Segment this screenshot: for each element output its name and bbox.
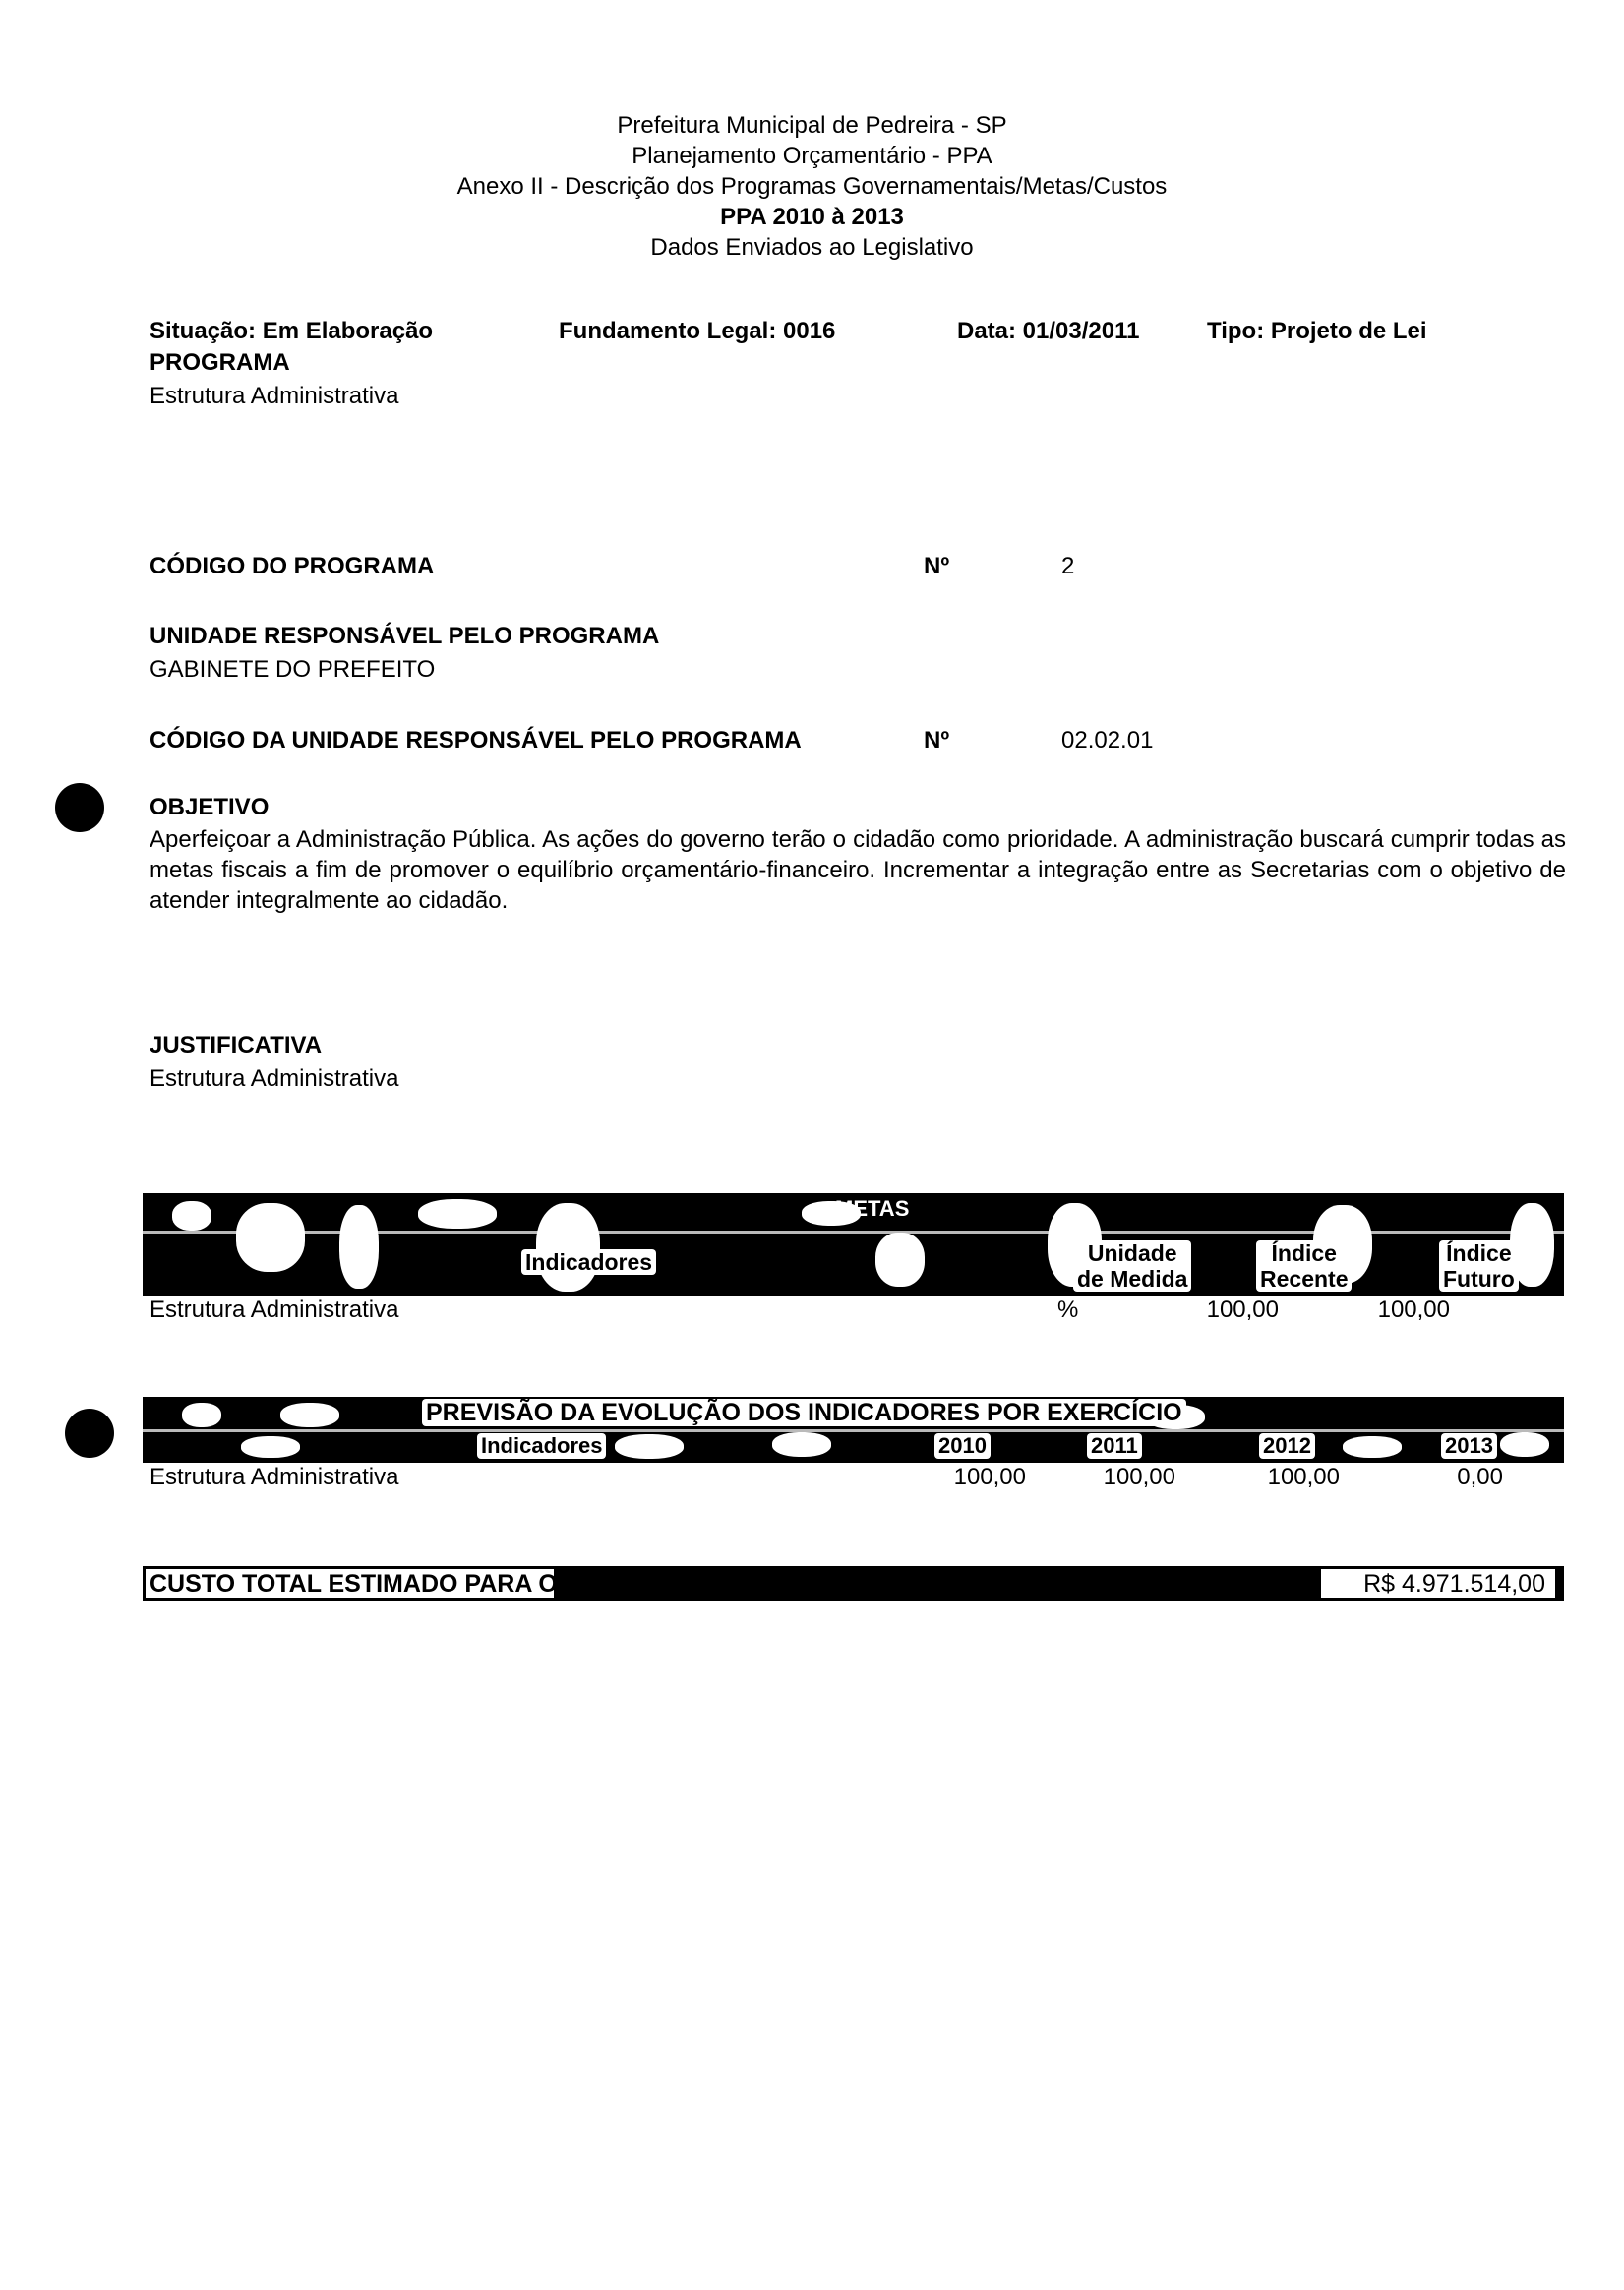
previsao-row-2010: 100,00 <box>928 1464 1026 1491</box>
metas-col-indicadores: Indicadores <box>521 1249 656 1275</box>
metas-col-unidade: Unidade de Medida <box>1073 1240 1191 1292</box>
previsao-row-2012: 100,00 <box>1241 1464 1340 1491</box>
codigo-programa-no: Nº <box>924 552 949 581</box>
previsao-col-2012: 2012 <box>1259 1433 1315 1459</box>
previsao-row-2011: 100,00 <box>1077 1464 1175 1491</box>
metas-row-indice-futuro: 100,00 <box>1352 1296 1450 1324</box>
header-subtitle: Dados Enviados ao Legislativo <box>0 232 1624 263</box>
punch-hole-marker <box>55 783 104 832</box>
header-municipality: Prefeitura Municipal de Pedreira - SP <box>0 110 1624 141</box>
codigo-unidade-label: CÓDIGO DA UNIDADE RESPONSÁVEL PELO PROGR… <box>150 726 802 755</box>
custo-total-value: R$ 4.971.514,00 <box>1359 1569 1549 1598</box>
codigo-unidade-no: Nº <box>924 726 949 755</box>
document-header: Prefeitura Municipal de Pedreira - SP Pl… <box>0 110 1624 263</box>
fundamento-legal: Fundamento Legal: 0016 <box>559 317 835 346</box>
justificativa-value: Estrutura Administrativa <box>150 1064 398 1094</box>
previsao-col-2013: 2013 <box>1441 1433 1497 1459</box>
unidade-value: GABINETE DO PREFEITO <box>150 655 435 685</box>
previsao-header-bar: PREVISÃO DA EVOLUÇÃO DOS INDICADORES POR… <box>143 1397 1564 1463</box>
metas-col-indice-futuro: Índice Futuro <box>1439 1240 1519 1292</box>
justificativa-label: JUSTIFICATIVA <box>150 1031 322 1060</box>
header-annex: Anexo II - Descrição dos Programas Gover… <box>0 171 1624 202</box>
previsao-row-2013: 0,00 <box>1405 1464 1503 1491</box>
situacao: Situação: Em Elaboração <box>150 317 433 346</box>
custo-total-bar: CUSTO TOTAL ESTIMADO PARA O PROGRAMA R$ … <box>143 1566 1564 1601</box>
header-planning: Planejamento Orçamentário - PPA <box>0 141 1624 171</box>
codigo-programa-label: CÓDIGO DO PROGRAMA <box>150 552 434 581</box>
objetivo-label: OBJETIVO <box>150 793 269 822</box>
metas-title: METAS <box>831 1197 913 1221</box>
metas-row-indice-recente: 100,00 <box>1180 1296 1279 1324</box>
metas-row-indicador: Estrutura Administrativa <box>150 1296 398 1324</box>
previsao-row-indicador: Estrutura Administrativa <box>150 1464 398 1491</box>
tipo: Tipo: Projeto de Lei <box>1207 317 1427 346</box>
programa-label: PROGRAMA <box>150 348 290 378</box>
metas-col-indice-recente: Índice Recente <box>1256 1240 1352 1292</box>
custo-total-label: CUSTO TOTAL ESTIMADO PARA O PROGRAMA <box>150 1569 710 1598</box>
previsao-title: PREVISÃO DA EVOLUÇÃO DOS INDICADORES POR… <box>422 1399 1186 1426</box>
previsao-col-indicadores: Indicadores <box>477 1433 606 1459</box>
programa-value: Estrutura Administrativa <box>150 382 398 411</box>
punch-hole-marker <box>65 1409 114 1458</box>
metas-row-unidade: % <box>1057 1296 1078 1324</box>
unidade-label: UNIDADE RESPONSÁVEL PELO PROGRAMA <box>150 622 659 651</box>
previsao-col-2011: 2011 <box>1087 1433 1142 1459</box>
codigo-programa-value: 2 <box>1061 552 1074 581</box>
metas-header-bar: METAS Indicadores Unidade de Medida Índi… <box>143 1193 1564 1296</box>
header-ppa-period: PPA 2010 à 2013 <box>0 202 1624 232</box>
previsao-col-2010: 2010 <box>934 1433 991 1459</box>
objetivo-text: Aperfeiçoar a Administração Pública. As … <box>150 824 1566 916</box>
data: Data: 01/03/2011 <box>957 317 1139 346</box>
codigo-unidade-value: 02.02.01 <box>1061 726 1153 755</box>
